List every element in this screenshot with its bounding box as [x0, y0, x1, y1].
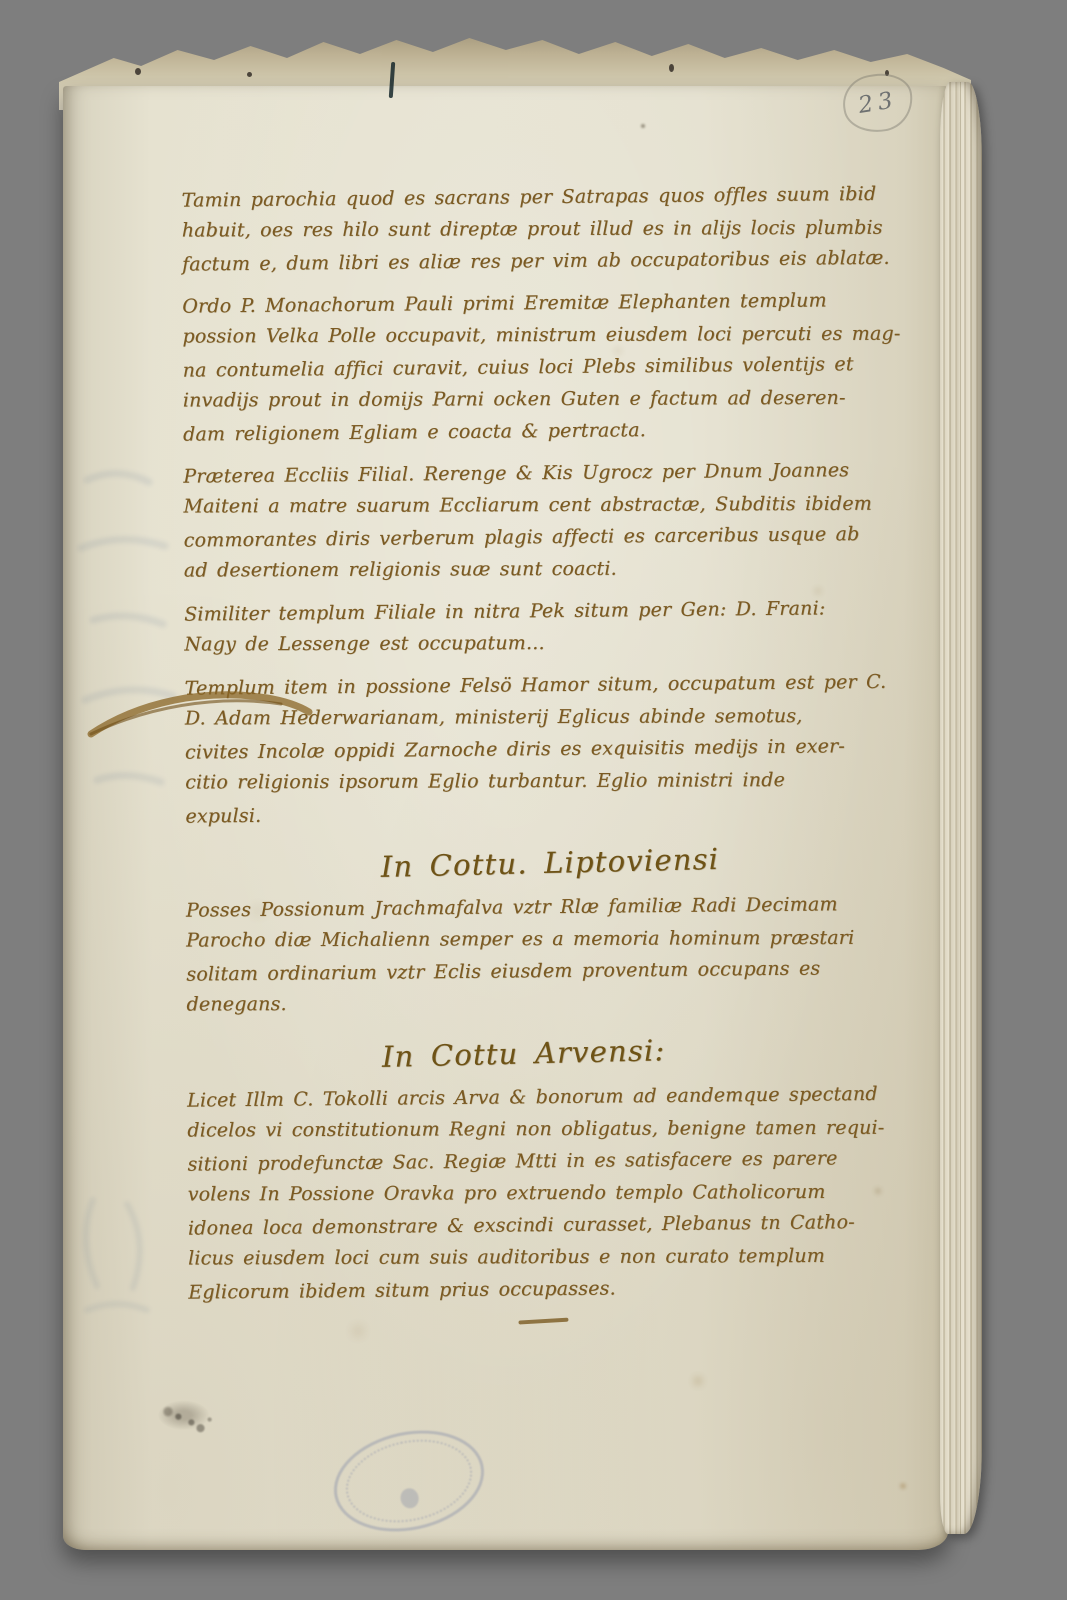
edge-speck	[135, 68, 141, 75]
paragraph: Posses Possionum Jrachmafalva vztr Rlæ f…	[186, 889, 932, 1022]
paragraph: Præterea Eccliis Filial. Rerenge & Kis U…	[183, 455, 929, 588]
ink-smudge	[129, 1372, 259, 1444]
section-heading: In Cottu. Liptoviensi	[380, 832, 931, 889]
text-line: solitam ordinarium vztr Eclis eiusdem pr…	[186, 951, 931, 990]
text-line: denegans.	[186, 986, 931, 1021]
text-line: idonea loca demonstrare & exscindi curas…	[188, 1205, 933, 1244]
text-line: licus eiusdem loci cum suis auditoribus …	[188, 1239, 933, 1274]
text-line: Licet Illm C. Tokolli arcis Arva & bonor…	[187, 1077, 932, 1116]
text-line: habuit, oes res hilo sunt direptæ prout …	[182, 212, 927, 247]
foxing-spots	[57, 30, 59, 32]
text-line: ad desertionem religionis suæ sunt coact…	[184, 552, 929, 587]
text-line: Ordo P. Monachorum Pauli primi Eremitæ E…	[182, 283, 927, 322]
paragraph: Ordo P. Monachorum Pauli primi Eremitæ E…	[182, 285, 928, 450]
folio-number: 23	[857, 87, 900, 119]
text-line: Maiteni a matre suarum Eccliarum cent ab…	[183, 488, 928, 523]
text-line: Parocho diæ Michalienn semper es a memor…	[186, 922, 931, 957]
bleedthrough-ghost-marks	[63, 1180, 183, 1340]
manuscript-text-block: Tamin parochia quod es sacrans per Satra…	[182, 179, 934, 1326]
bleedthrough-ghost-marks	[67, 450, 197, 870]
paragraph: Tamin parochia quod es sacrans per Satra…	[182, 179, 928, 280]
text-line: volens In Possione Oravka pro extruendo …	[188, 1175, 933, 1210]
text-line: Tamin parochia quod es sacrans per Satra…	[181, 177, 926, 216]
scan-background: Tamin parochia quod es sacrans per Satra…	[0, 0, 1067, 1600]
text-line: possion Velka Polle occupavit, ministrum…	[182, 318, 927, 353]
text-line: Similiter templum Filiale in nitra Pek s…	[184, 591, 929, 630]
text-line: citio religionis ipsorum Eglio turbantur…	[185, 764, 930, 799]
text-line: dicelos vi constitutionum Regni non obli…	[187, 1111, 932, 1146]
text-line: Præterea Eccliis Filial. Rerenge & Kis U…	[183, 453, 928, 492]
text-line: sitioni prodefunctæ Sac. Regiæ Mtti in e…	[187, 1141, 932, 1180]
edge-speck	[669, 64, 674, 72]
edge-speck	[247, 72, 252, 77]
text-line: dam religionem Egliam e coacta & pertrac…	[183, 411, 928, 450]
text-line: expulsi.	[185, 793, 930, 832]
text-line: invadijs prout in domijs Parni ocken Gut…	[183, 382, 928, 417]
text-line: Nagy de Lessenge est occupatum...	[184, 626, 929, 661]
paragraph: Licet Illm C. Tokolli arcis Arva & bonor…	[187, 1079, 933, 1308]
text-line: Posses Possionum Jrachmafalva vztr Rlæ f…	[186, 887, 931, 926]
text-line: commorantes diris verberum plagis affect…	[184, 517, 929, 556]
paragraph: Similiter templum Filiale in nitra Pek s…	[184, 593, 929, 662]
section-heading: In Cottu Arvensi:	[381, 1022, 932, 1079]
marginal-flourish-stroke	[85, 668, 315, 752]
manuscript-page: Tamin parochia quod es sacrans per Satra…	[57, 30, 982, 1554]
text-line: factum e, dum libri es aliæ res per vim …	[182, 241, 927, 280]
text-line: Eglicorum ibidem situm prius occupasses.	[188, 1269, 933, 1308]
page-stack-edges	[940, 82, 982, 1534]
text-line: na contumelia affici curavit, cuius loci…	[183, 347, 928, 386]
